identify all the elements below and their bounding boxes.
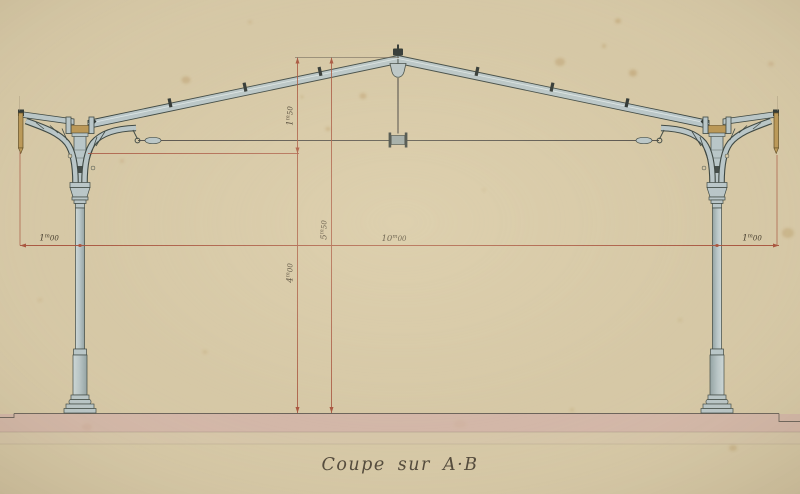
label-roof-rise: 1m50 [285,106,295,126]
label-total-height: 5m50 [319,220,329,240]
drawing-sheet: 1m00 10m00 1m00 1m50 5m50 4m00 Coupe sur… [0,0,800,494]
drawing-caption: Coupe sur A·B [321,455,478,475]
turnbuckle-right [636,137,652,143]
ground [0,414,800,445]
section-drawing: 1m00 10m00 1m00 1m50 5m50 4m00 Coupe sur… [0,0,800,494]
label-overhang-left: 1m00 [39,233,59,243]
turnbuckle-left [145,137,161,143]
label-overhang-right: 1m00 [742,233,762,243]
